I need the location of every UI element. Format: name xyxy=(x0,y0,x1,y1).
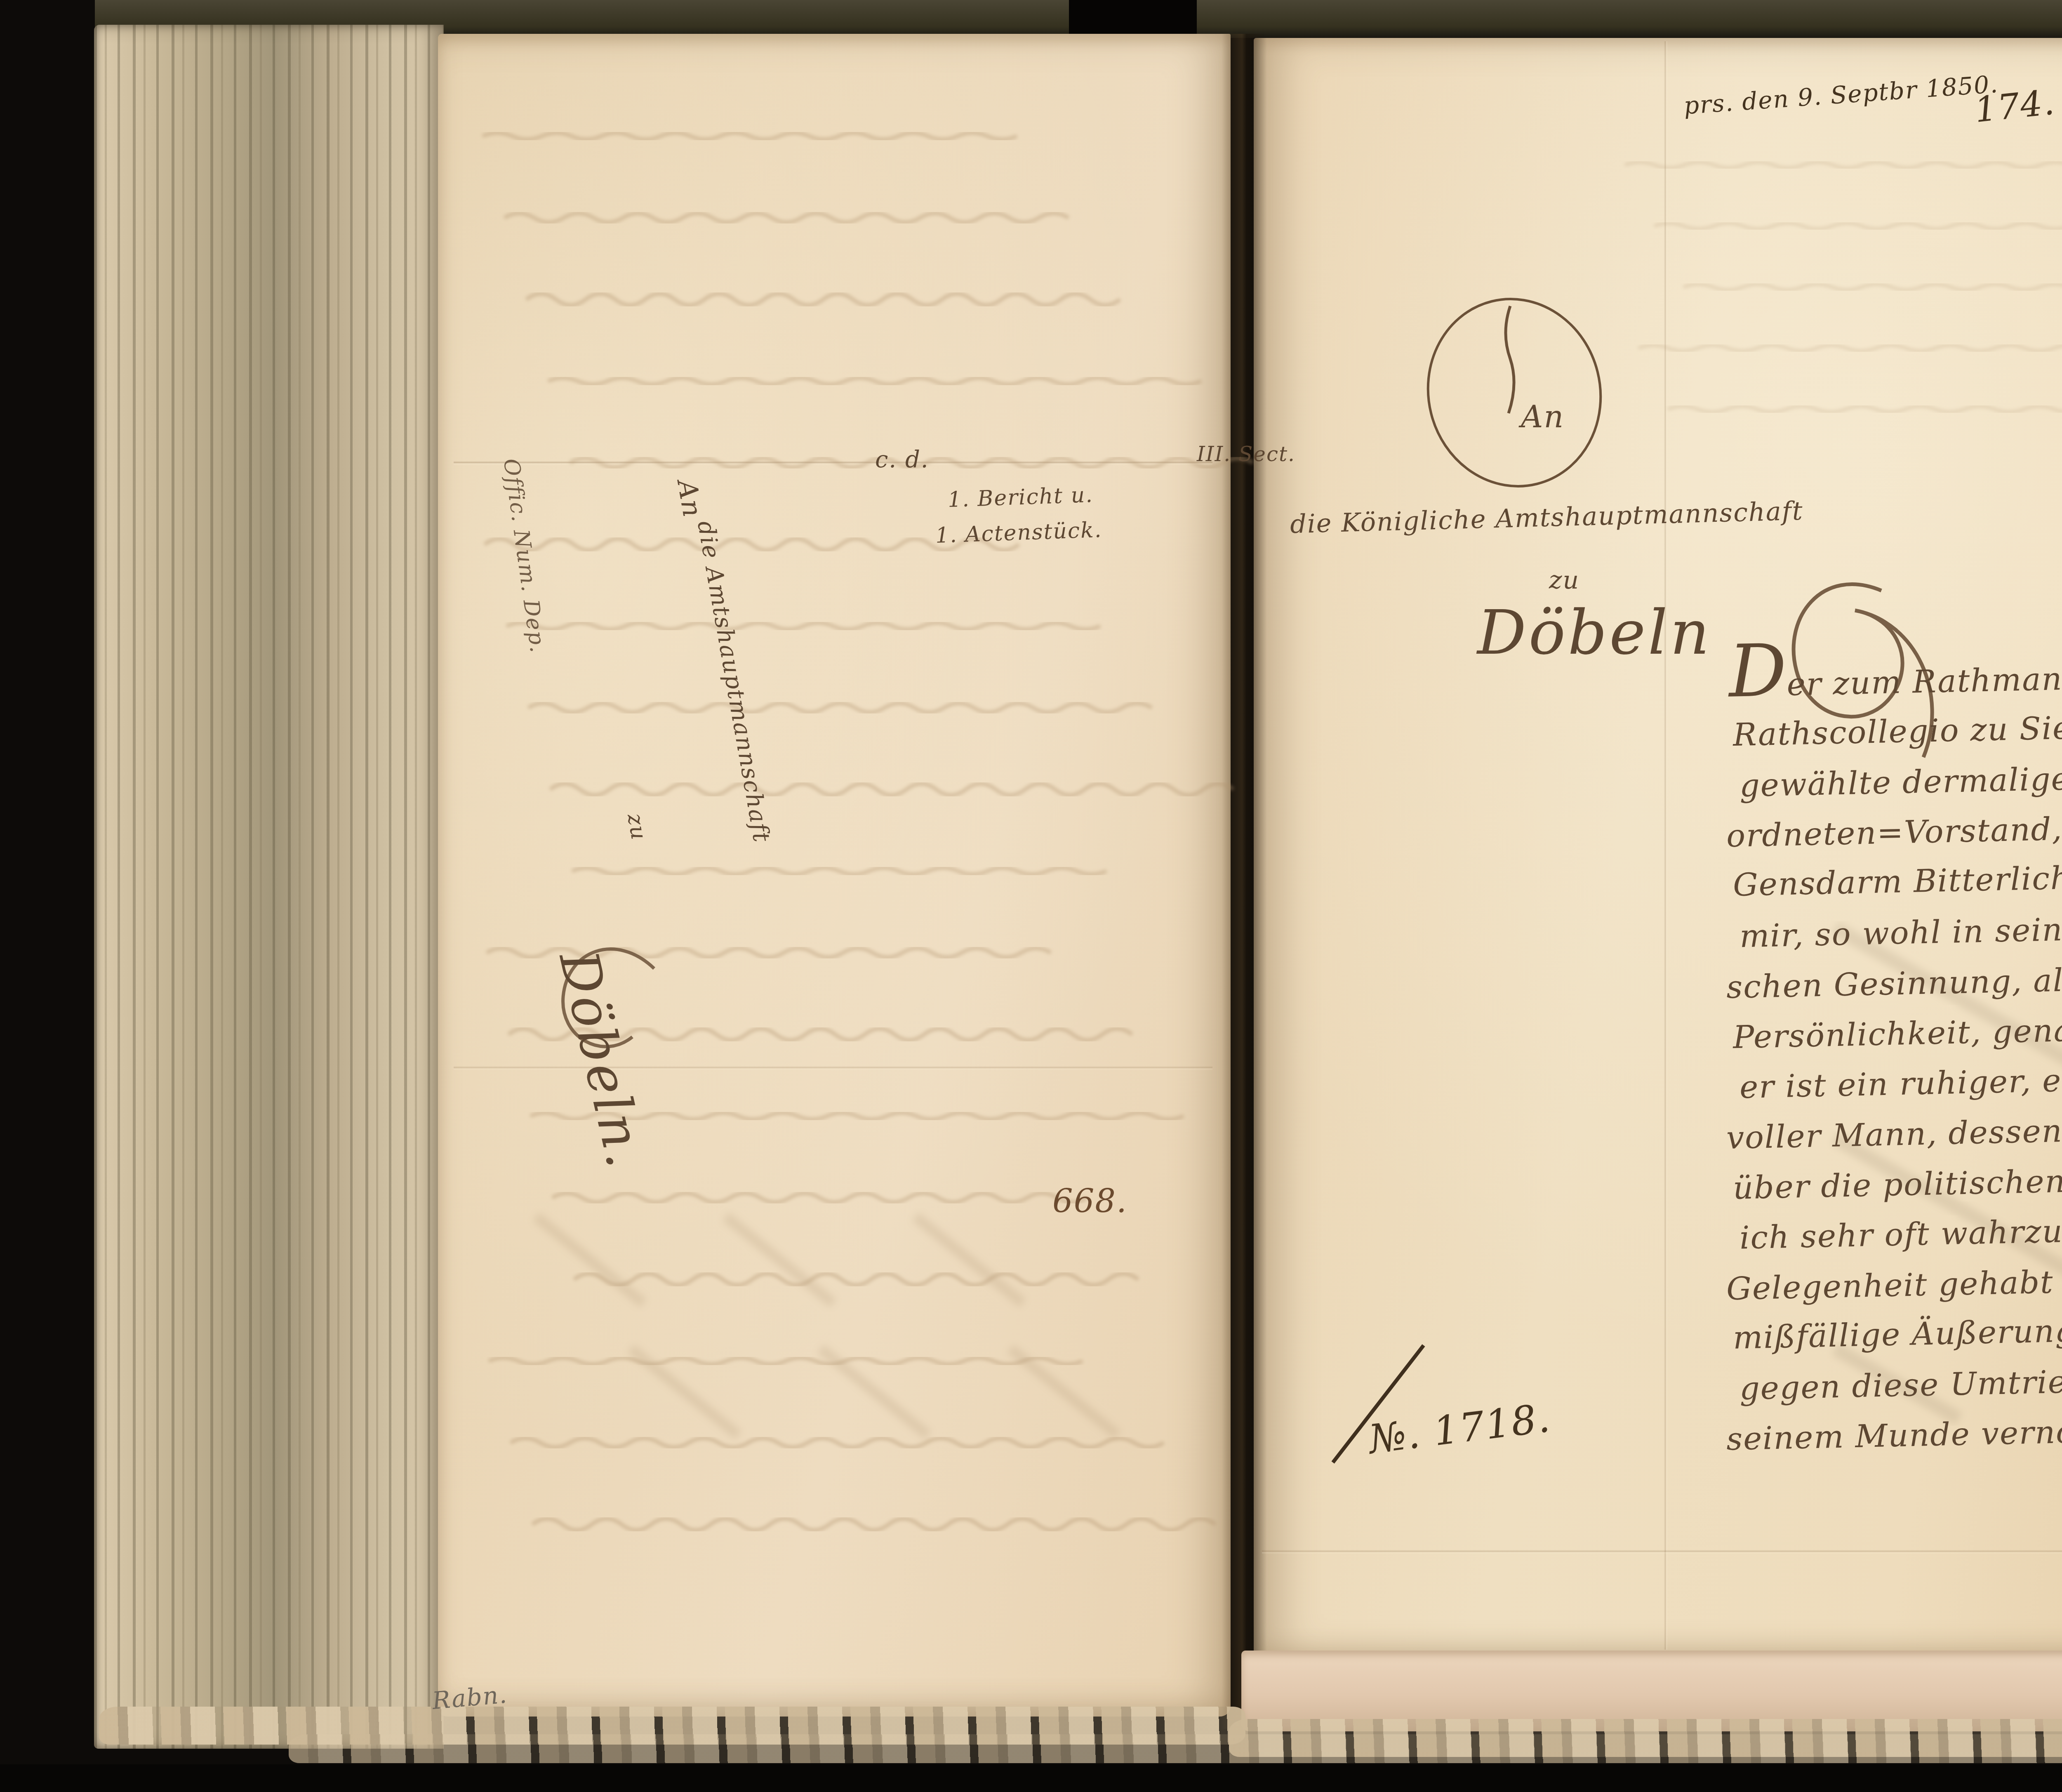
archival-book-photo: prs. den 9. Septbr 1850. 174. An die Kön… xyxy=(0,0,2062,1792)
registry-number: 668. xyxy=(1052,1183,1128,1220)
body-line: Gensdarm Bitterlich ist xyxy=(1732,856,2062,906)
body-line: mißfällige Äußerungen xyxy=(1732,1309,2062,1358)
body-line: Der zum Rathmann in das xyxy=(1728,636,2062,706)
